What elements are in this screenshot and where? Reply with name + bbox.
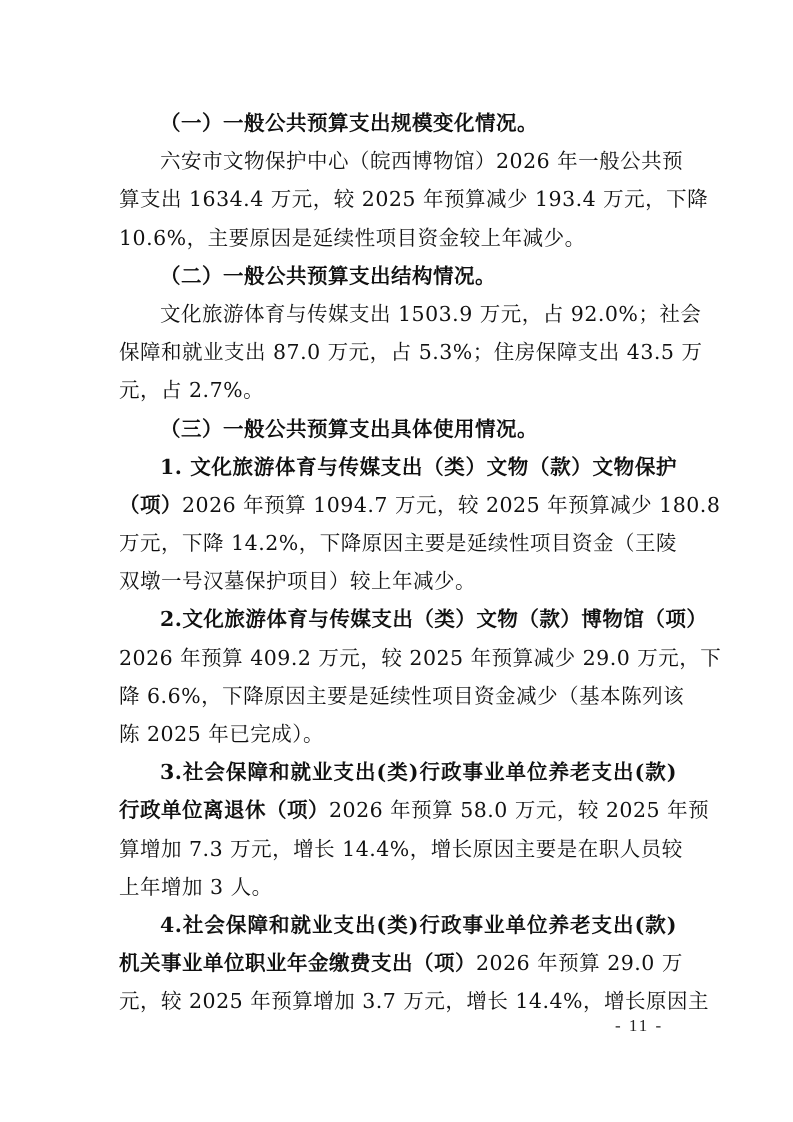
paragraph-line: 上年增加 3 人。 <box>119 868 677 906</box>
paragraph-line: 双墩一号汉墓保护项目）较上年减少。 <box>119 562 677 600</box>
item-3-title: 3.社会保障和就业支出(类)行政事业单位养老支出(款) <box>119 753 677 791</box>
page-number: - 11 - <box>615 1016 663 1036</box>
item-1-title-cont: （项） <box>119 493 182 517</box>
paragraph-line: 六安市文物保护中心（皖西博物馆）2026 年一般公共预 <box>119 142 677 180</box>
paragraph-line: 10.6%，主要原因是延续性项目资金较上年减少。 <box>119 219 677 257</box>
paragraph-line: 算支出 1634.4 万元，较 2025 年预算减少 193.4 万元，下降 <box>119 180 677 218</box>
section-heading-3: （三）一般公共预算支出具体使用情况。 <box>119 410 677 448</box>
paragraph-line: 文化旅游体育与传媒支出 1503.9 万元，占 92.0%；社会 <box>119 295 677 333</box>
paragraph-line: 万元，下降 14.2%，下降原因主要是延续性项目资金（王陵 <box>119 524 677 562</box>
item-3-title-cont: 行政单位离退休（项） <box>119 798 329 822</box>
item-1-line: （项）2026 年预算 1094.7 万元，较 2025 年预算减少 180.8 <box>119 486 677 524</box>
item-4-line: 机关事业单位职业年金缴费支出（项）2026 年预算 29.0 万 <box>119 944 677 982</box>
paragraph-line: 2026 年预算 409.2 万元，较 2025 年预算减少 29.0 万元，下 <box>119 639 677 677</box>
paragraph-line: 元，较 2025 年预算增加 3.7 万元，增长 14.4%，增长原因主 <box>119 982 677 1020</box>
section-heading-1: （一）一般公共预算支出规模变化情况。 <box>119 104 677 142</box>
section-heading-2: （二）一般公共预算支出结构情况。 <box>119 257 677 295</box>
paragraph-line: 降 6.6%，下降原因主要是延续性项目资金减少（基本陈列该 <box>119 677 677 715</box>
item-4-title-cont: 机关事业单位职业年金缴费支出（项） <box>119 951 476 975</box>
item-2-title: 2.文化旅游体育与传媒支出（类）文物（款）博物馆（项） <box>119 600 677 638</box>
item-1-title: 1. 文化旅游体育与传媒支出（类）文物（款）文物保护 <box>119 448 677 486</box>
paragraph-line: 陈 2025 年已完成）。 <box>119 715 677 753</box>
item-3-text: 2026 年预算 58.0 万元，较 2025 年预 <box>329 798 709 822</box>
document-page: （一）一般公共预算支出规模变化情况。 六安市文物保护中心（皖西博物馆）2026 … <box>119 104 677 1021</box>
paragraph-line: 算增加 7.3 万元，增长 14.4%，增长原因主要是在职人员较 <box>119 830 677 868</box>
paragraph-line: 保障和就业支出 87.0 万元，占 5.3%；住房保障支出 43.5 万 <box>119 333 677 371</box>
item-4-title: 4.社会保障和就业支出(类)行政事业单位养老支出(款) <box>119 906 677 944</box>
item-1-text: 2026 年预算 1094.7 万元，较 2025 年预算减少 180.8 <box>182 493 720 517</box>
item-3-line: 行政单位离退休（项）2026 年预算 58.0 万元，较 2025 年预 <box>119 791 677 829</box>
item-4-text: 2026 年预算 29.0 万 <box>476 951 683 975</box>
paragraph-line: 元，占 2.7%。 <box>119 371 677 409</box>
